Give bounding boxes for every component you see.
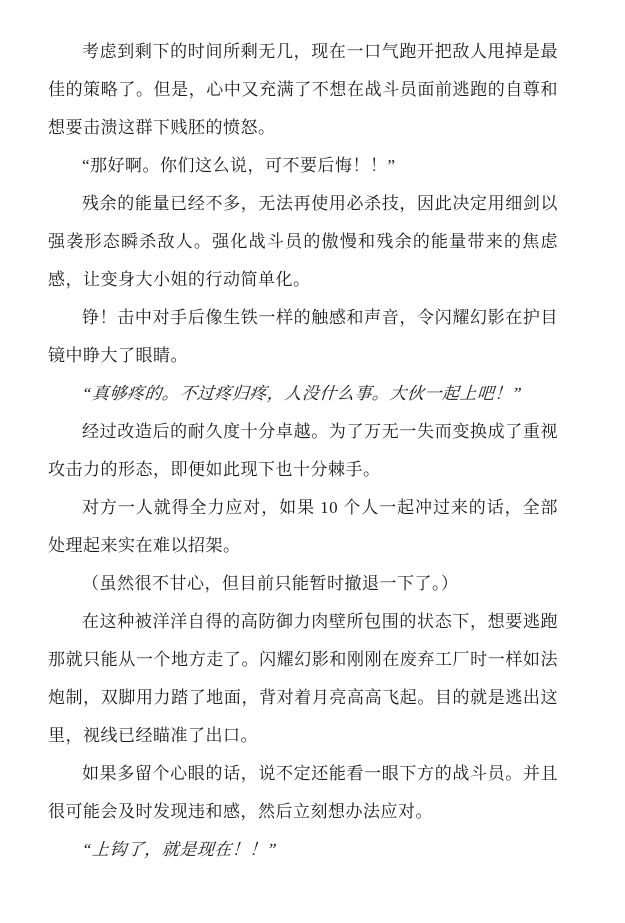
paragraph-narration-2: 残余的能量已经不多，无法再使用必杀技，因此决定用细剑以强袭形态瞬杀敌人。强化战斗…: [48, 185, 558, 299]
book-page: 考虑到剩下的时间所剩无几，现在一口气跑开把敌人甩掉是最佳的策略了。但是，心中又充…: [0, 0, 625, 923]
paragraph-narration-4: 经过改造后的耐久度十分卓越。为了万无一失而变换成了重视攻击力的形态，即便如此现下…: [48, 413, 558, 489]
paragraph-dialogue-1: “那好啊。你们这么说，可不要后悔！！”: [48, 147, 558, 185]
paragraph-narration-3: 铮！击中对手后像生铁一样的触感和声音，令闪耀幻影在护目镜中睁大了眼睛。: [48, 299, 558, 375]
paragraph-narration-1: 考虑到剩下的时间所剩无几，现在一口气跑开把敌人甩掉是最佳的策略了。但是，心中又充…: [48, 33, 558, 147]
document-page: { "page": { "background_color": "#ffffff…: [0, 0, 625, 923]
paragraph-dialogue-italic-1: “真够疼的。不过疼归疼，人没什么事。大伙一起上吧！”: [47, 375, 560, 413]
paragraph-narration-6: 在这种被洋洋自得的高防御力肉壁所包围的状态下，想要逃跑那就只能从一个地方走了。闪…: [48, 603, 558, 755]
paragraph-inner-thought: （虽然很不甘心，但目前只能暂时撤退一下了。）: [48, 565, 558, 603]
paragraph-narration-5: 对方一人就得全力应对，如果 10 个人一起冲过来的话，全部处理起来实在难以招架。: [48, 489, 558, 565]
paragraph-dialogue-italic-2: “上钩了，就是现在！！”: [47, 831, 560, 869]
paragraph-narration-7: 如果多留个心眼的话，说不定还能看一眼下方的战斗员。并且很可能会及时发现违和感，然…: [48, 755, 558, 831]
